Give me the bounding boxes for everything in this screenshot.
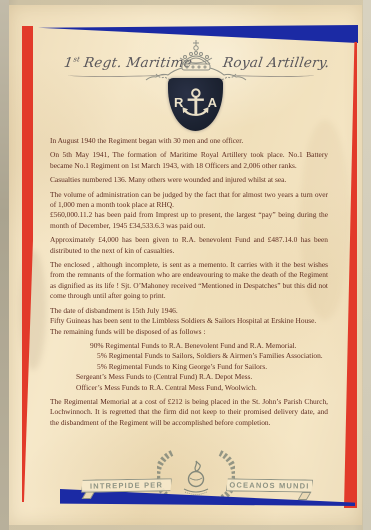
fund-line: 90% Regimental Funds to R.A. Benevolent … <box>50 341 328 351</box>
paragraph-formation: On 5th May 1941, The formation of Mariti… <box>50 150 328 171</box>
motto-banner-right: OCEANOS MUNDI <box>226 478 313 492</box>
fund-line: 5% Regimental Funds to King George’s Fun… <box>50 362 328 372</box>
paragraph-memento: The enclosed , although incomplete, is s… <box>50 260 328 302</box>
paragraph-opening: In August 1940 the Regiment began with 3… <box>50 136 328 146</box>
scanned-document-page: 1st Regt. Maritime Royal Artillery. R ⚓ … <box>0 0 371 530</box>
fund-distribution-list: 90% Regimental Funds to R.A. Benevolent … <box>50 341 328 393</box>
scan-edge-right <box>363 0 371 530</box>
scan-edge-left <box>0 0 9 530</box>
paragraph-casualties: Casualties numbered 136. Many others wer… <box>50 175 328 185</box>
fund-line: 5% Regimental Funds to Sailors, Soldiers… <box>50 351 328 361</box>
document-body: In August 1940 the Regiment began with 3… <box>50 136 328 432</box>
paragraph-memorial: The Regimental Memorial at a cost of £21… <box>50 397 328 428</box>
paragraph-benevolent: Approximately £4,000 has been given to R… <box>50 235 328 256</box>
motto-banner-left: INTREPIDE PER <box>81 478 172 493</box>
paragraph-disbandment: The date of disbandment is 15th July 194… <box>50 306 328 337</box>
paragraph-administration: The volume of administration can be judg… <box>50 190 328 232</box>
fund-line: Sergeant’s Mess Funds to (Central Fund) … <box>50 372 328 382</box>
fund-line: Officer’s Mess Funds to R.A. Central Mes… <box>50 383 328 393</box>
shield-letter-a: A <box>208 95 217 110</box>
crown-icon <box>142 38 250 82</box>
